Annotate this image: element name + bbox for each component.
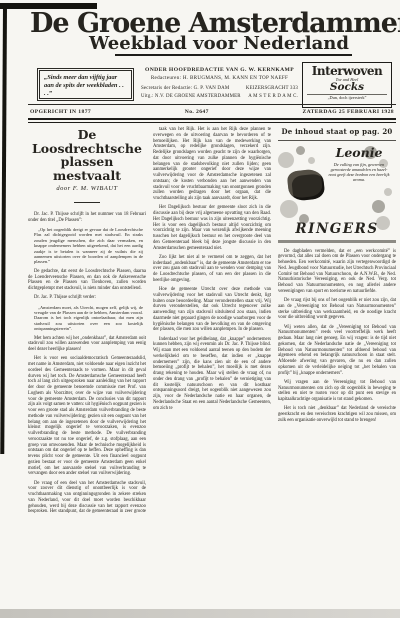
issue-number: No. 2647 <box>185 109 209 115</box>
paragraph: Het Dagelijksch bestuur der gemeente slo… <box>153 205 271 251</box>
scan-artifact-left-bar <box>0 6 7 454</box>
headline-line-1: De Loosdrechtsche <box>32 127 142 156</box>
article-columns: De Loosdrechtsche plassen mestvaalt door… <box>28 126 396 514</box>
paragraph: Wij vragen aan de Vereeniging tot Behoud… <box>278 380 396 403</box>
chocolate-bonbon-illustration <box>287 168 326 202</box>
publisher-city: A M S T E R D A M C. <box>248 94 298 99</box>
column-1: De Loosdrechtsche plassen mestvaalt door… <box>28 126 146 514</box>
paragraph: Het is voor een sociaaldemocratisch Geme… <box>28 356 146 477</box>
ringers-chocolate-ad: Leonie De vulling van fijn, gewreven ger… <box>278 144 396 237</box>
decorative-dot <box>280 200 298 218</box>
secretary-name: Secretaris der Redactie: G. P. VAN DAM <box>141 86 229 91</box>
slogan-box: „Sinds meer dan vijftig jaar aan de spit… <box>37 68 134 101</box>
editors-line: Redacteuren: H. BRUGMANS, M. KANN EN TOP… <box>141 76 298 82</box>
publisher-name: Uitg.: N.V. DE GROENE AMSTERDAMMER <box>141 94 241 99</box>
quoted-paragraph: „Amsterdam moet, als Utrecht, mogen zelf… <box>34 305 143 332</box>
article-headline: De Loosdrechtsche plassen mestvaalt <box>28 128 146 182</box>
address-line: KEIZERSGRACHT 333 <box>246 86 298 91</box>
masthead-rule <box>115 54 352 56</box>
paragraph: De vraag rijst bij ons of het oogenblik … <box>278 298 396 321</box>
contents-note-rule <box>278 140 396 141</box>
paragraph: Het is toch niet „denkbaar” dat Nederlan… <box>278 406 396 423</box>
newspaper-front-page: De Groene Amsterdammer Weekblad voor Ned… <box>0 0 400 618</box>
column-3-text: De dagbladen vermelden, dat er „een werk… <box>278 249 396 424</box>
paragraph: De dagbladen vermelden, dat er „een werk… <box>278 249 396 295</box>
masthead: De Groene Amsterdammer Weekblad voor Ned… <box>30 10 370 56</box>
editorial-info: ONDER HOOFDREDACTIE VAN G. W. KERNKAMP R… <box>141 67 298 103</box>
interwoven-brand: Interwoven <box>303 65 391 77</box>
secretary-line: Secretaris der Redactie: G. P. VAN DAM K… <box>141 86 298 91</box>
paragraph: Zoo lijkt het niet al te vermetel om te … <box>153 255 271 284</box>
byline-divider <box>74 202 100 203</box>
scan-artifact-bottom-strip <box>0 609 400 618</box>
paragraph: Hoe de gemeente Utrecht over deze method… <box>153 287 271 333</box>
headline-line-2: plassen mestvaalt <box>53 154 121 183</box>
paragraph: De vraag of een deel van het Amsterdamsc… <box>28 481 146 514</box>
article-byline: door F. M. WIBAUT <box>28 185 146 193</box>
ringers-ad-copy: De vulling van fijn, gewreven geroosterd… <box>327 162 391 182</box>
chief-editor-line: ONDER HOOFDREDACTIE VAN G. W. KERNKAMP <box>141 67 298 73</box>
paragraph: Met hem achten wij het „ondenkbaar”, dat… <box>28 336 146 353</box>
dateline-double-rule <box>28 118 396 123</box>
paragraph: taak van het Rijk. Het is aan het Rijk d… <box>153 127 271 202</box>
column-1-text: Dr. Jac. P. Thijsse schrijft in het numm… <box>28 212 146 514</box>
ad-bottom-rule <box>278 240 396 243</box>
paragraph: Dr. Jac. P. Thijsse schrijft verder: <box>28 295 146 301</box>
column-2: taak van het Rijk. Het is aan het Rijk d… <box>153 126 271 514</box>
founded-text: OPGERICHT IN 1877 <box>30 109 91 115</box>
interwoven-tagline: „Dun, doch ijzersterk” <box>307 94 387 101</box>
interwoven-socks-ad: Interwoven Toe and Heel Socks „Dun, doch… <box>302 62 392 108</box>
decorative-dot <box>278 152 294 168</box>
publisher-line: Uitg.: N.V. DE GROENE AMSTERDAMMER A M S… <box>141 94 298 99</box>
ringers-brand: RINGERS <box>278 223 396 236</box>
paragraph: Wij weten allen, dat de „Vereeniging tot… <box>278 325 396 377</box>
decorative-dot <box>372 200 385 213</box>
paragraph: De gedachte, dat eerst de Loosdrechtsche… <box>28 269 146 292</box>
contents-note: De inhoud staat op pag. 20 <box>278 128 396 136</box>
ringers-product-name: Leonie <box>324 147 394 159</box>
interwoven-product: Socks <box>303 82 391 92</box>
paragraph: Inderdaad voor het geldbelang, dat „knap… <box>153 337 271 412</box>
quoted-paragraph: „Op het oogenblik dreigt er gevaar dat d… <box>34 227 143 265</box>
decorative-dot <box>384 188 392 196</box>
column-2-text: taak van het Rijk. Het is aan het Rijk d… <box>153 127 271 411</box>
decorative-dot <box>308 157 315 164</box>
paragraph: Dr. Jac. P. Thijsse schrijft in het numm… <box>28 212 146 224</box>
slogan-text: „Sinds meer dan vijftig jaar aan de spit… <box>44 74 124 97</box>
decorative-dot <box>296 146 305 155</box>
issue-date: ZATERDAG 25 FEBRUARI 1928 <box>303 109 394 115</box>
column-3: De inhoud staat op pag. 20 Leonie De vul… <box>278 126 396 514</box>
dateline: OPGERICHT IN 1877 No. 2647 ZATERDAG 25 F… <box>28 104 396 118</box>
